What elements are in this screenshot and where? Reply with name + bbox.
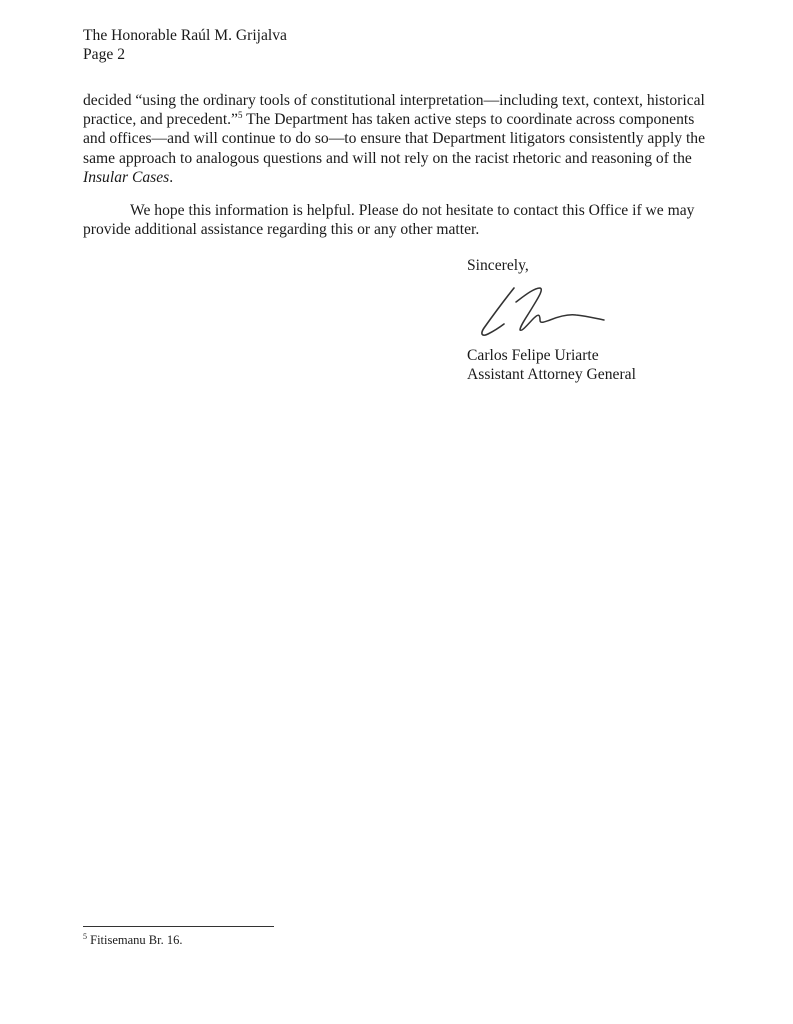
footnote-text: Fitisemanu Br. 16.: [90, 933, 182, 947]
paragraph-text: We hope this information is helpful. Ple…: [83, 202, 694, 238]
footnote-5: 5 Fitisemanu Br. 16.: [83, 933, 183, 948]
closing-salutation: Sincerely,: [467, 256, 529, 275]
signer-name: Carlos Felipe Uriarte: [467, 346, 636, 365]
paragraph-end: .: [169, 169, 173, 186]
page-number: Page 2: [83, 45, 287, 64]
letter-header: The Honorable Raúl M. Grijalva Page 2: [83, 26, 287, 64]
body-paragraph-2: We hope this information is helpful. Ple…: [83, 201, 713, 239]
footnote-separator: [83, 926, 274, 927]
signature-image: [476, 284, 616, 344]
body-paragraph-1: decided “using the ordinary tools of con…: [83, 91, 713, 187]
footnote-number: 5: [83, 932, 87, 941]
handwritten-signature-icon: [476, 284, 616, 344]
case-name: Insular Cases: [83, 169, 169, 186]
recipient-name: The Honorable Raúl M. Grijalva: [83, 26, 287, 45]
signature-block: Carlos Felipe Uriarte Assistant Attorney…: [467, 346, 636, 384]
signer-title: Assistant Attorney General: [467, 365, 636, 384]
